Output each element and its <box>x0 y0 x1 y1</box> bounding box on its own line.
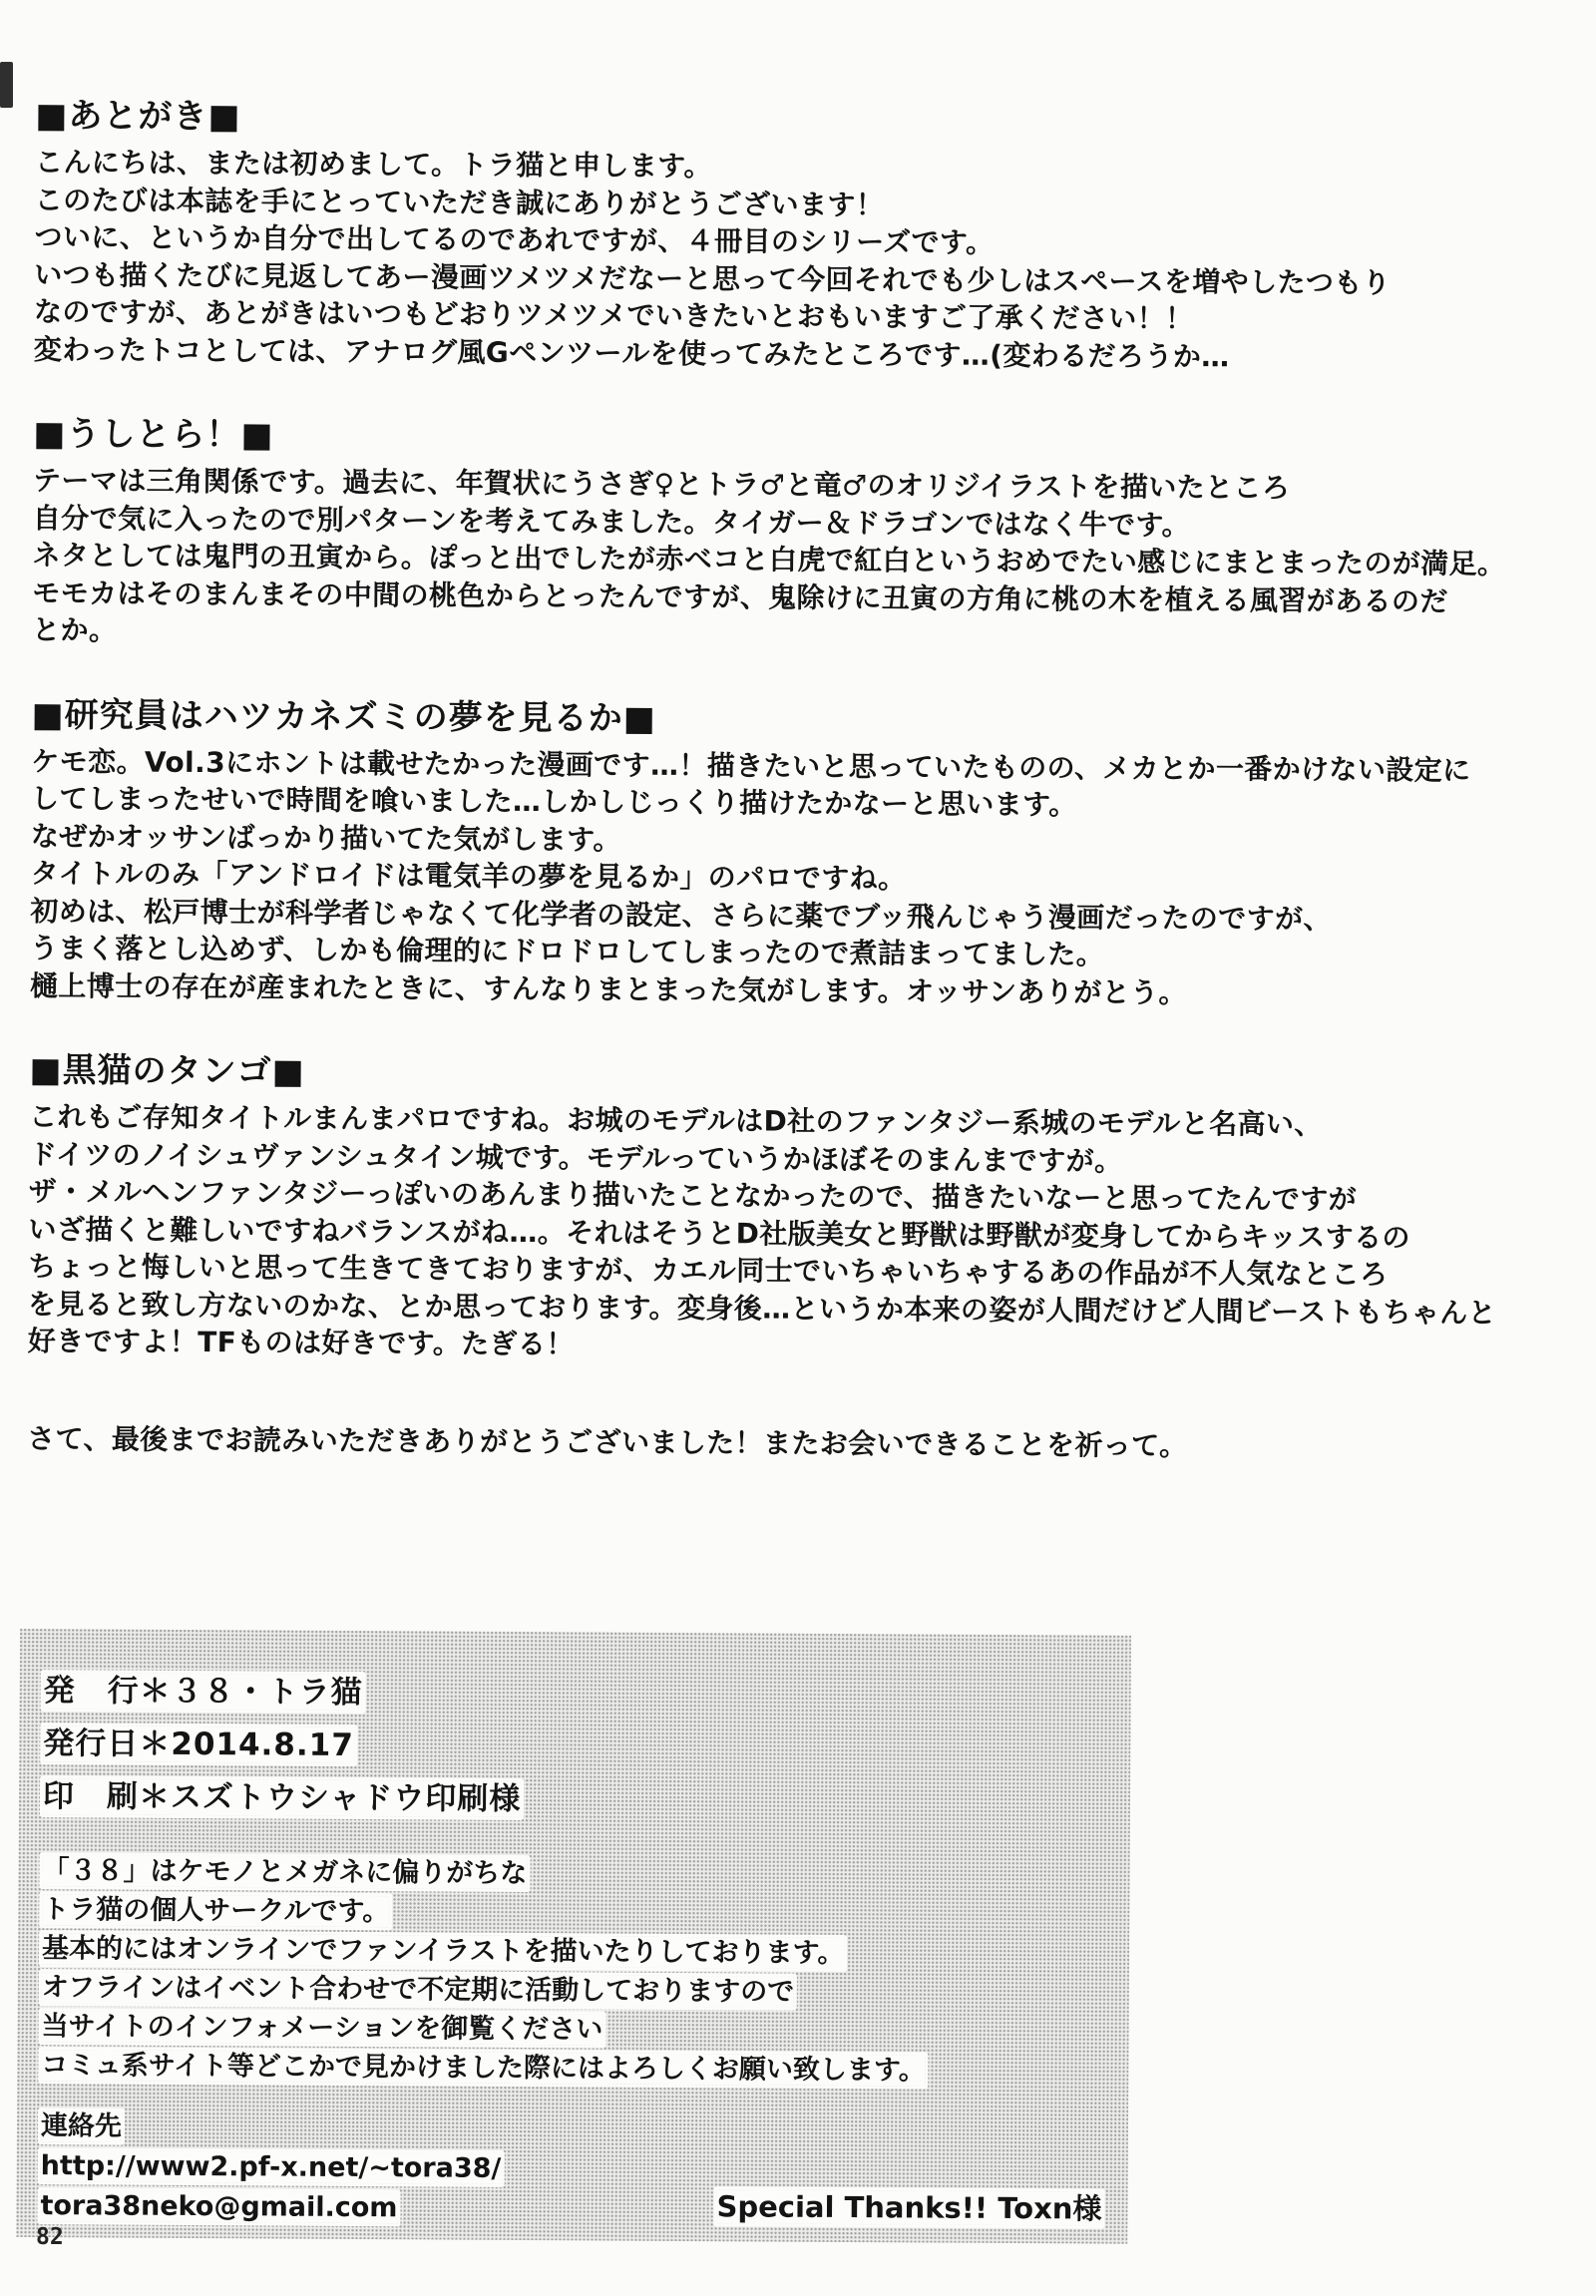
special-thanks: Special Thanks!! Toxn様 <box>716 2184 1101 2227</box>
description-line: 「３８」はケモノとメガネに偏りがちな <box>42 1851 1129 1897</box>
section-paragraph-ushitora: テーマは三角関係です。過去に、年賀状にうさぎ♀とトラ♂と竜♂のオリジイラストを描… <box>32 462 1529 658</box>
publication-line: 発行日＊2014.8.17 <box>43 1718 1130 1777</box>
page-number: 82 <box>36 2224 64 2250</box>
publication-line: 印 刷＊スズトウシャドウ印刷様 <box>43 1770 1130 1830</box>
section-paragraph-researcher: ケモ恋。Vol.3にホントは載せたかった漫画です…！描きたいと思っていたものの、… <box>30 742 1528 1013</box>
description-line: 基本的にはオンラインでファンイラストを描いたりしております。 <box>42 1929 1129 1975</box>
section-heading-ushitora: ■うしとら！■ <box>33 412 1529 465</box>
closing-message: さて、最後までお読みいただきありがとうございました！またお会いできることを祈って… <box>27 1419 1523 1466</box>
afterword-heading: ■あとがき■ <box>35 94 1531 147</box>
text-line: 変わったトコとしては、アナログ風Gペンツールを使ってみたところです…(変わるだろ… <box>34 330 1530 377</box>
colophon-box: 発 行＊３８・トラ猫 発行日＊2014.8.17 印 刷＊スズトウシャドウ印刷様… <box>16 1629 1131 2244</box>
section-ushitora: ■うしとら！■ テーマは三角関係です。過去に、年賀状にうさぎ♀とトラ♂と竜♂のオ… <box>32 412 1529 658</box>
description-line: トラ猫の個人サークルです。 <box>42 1890 1129 1936</box>
description-line: オフラインはイベント合わせで不定期に活動しておりますので <box>42 1968 1129 2014</box>
circle-description: 「３８」はケモノとメガネに偏りがちな トラ猫の個人サークルです。 基本的にはオン… <box>41 1851 1129 2092</box>
afterword-paragraph: こんにちは、または初めまして。トラ猫と申します。このたびは本誌を手にとっていただ… <box>34 144 1531 377</box>
scan-artifact <box>0 62 13 108</box>
publication-line: 発 行＊３８・トラ猫 <box>43 1665 1130 1724</box>
text-line: 樋上博士の存在が産まれたときに、すんなりまとまった気がします。オッサンありがとう… <box>30 966 1526 1013</box>
section-paragraph-blackcat: これもご存知タイトルまんまパロですね。お城のモデルはD社のファンタジー系城のモデ… <box>28 1098 1526 1369</box>
contact-label: 連絡先 <box>41 2106 1128 2153</box>
closing-line: さて、最後までお読みいただきありがとうございました！またお会いできることを祈って… <box>27 1419 1523 1466</box>
section-heading-researcher: ■研究員はハツカネズミの夢を見るか■ <box>31 692 1527 745</box>
description-line: コミュ系サイト等どこかで見かけました際にはよろしくお願い致します。 <box>41 2046 1128 2092</box>
section-blackcat: ■黒猫のタンゴ■ これもご存知タイトルまんまパロですね。お城のモデルはD社のファ… <box>28 1048 1526 1369</box>
section-researcher: ■研究員はハツカネズミの夢を見るか■ ケモ恋。Vol.3にホントは載せたかった漫… <box>30 692 1528 1013</box>
section-heading-blackcat: ■黒猫のタンゴ■ <box>29 1048 1525 1101</box>
description-line: 当サイトのインフォメーションを御覧ください <box>41 2007 1128 2053</box>
publication-info: 発 行＊３８・トラ猫 発行日＊2014.8.17 印 刷＊スズトウシャドウ印刷様 <box>43 1665 1131 1830</box>
afterword-page: ■あとがき■ こんにちは、または初めまして。トラ猫と申します。このたびは本誌を手… <box>22 0 1532 2246</box>
